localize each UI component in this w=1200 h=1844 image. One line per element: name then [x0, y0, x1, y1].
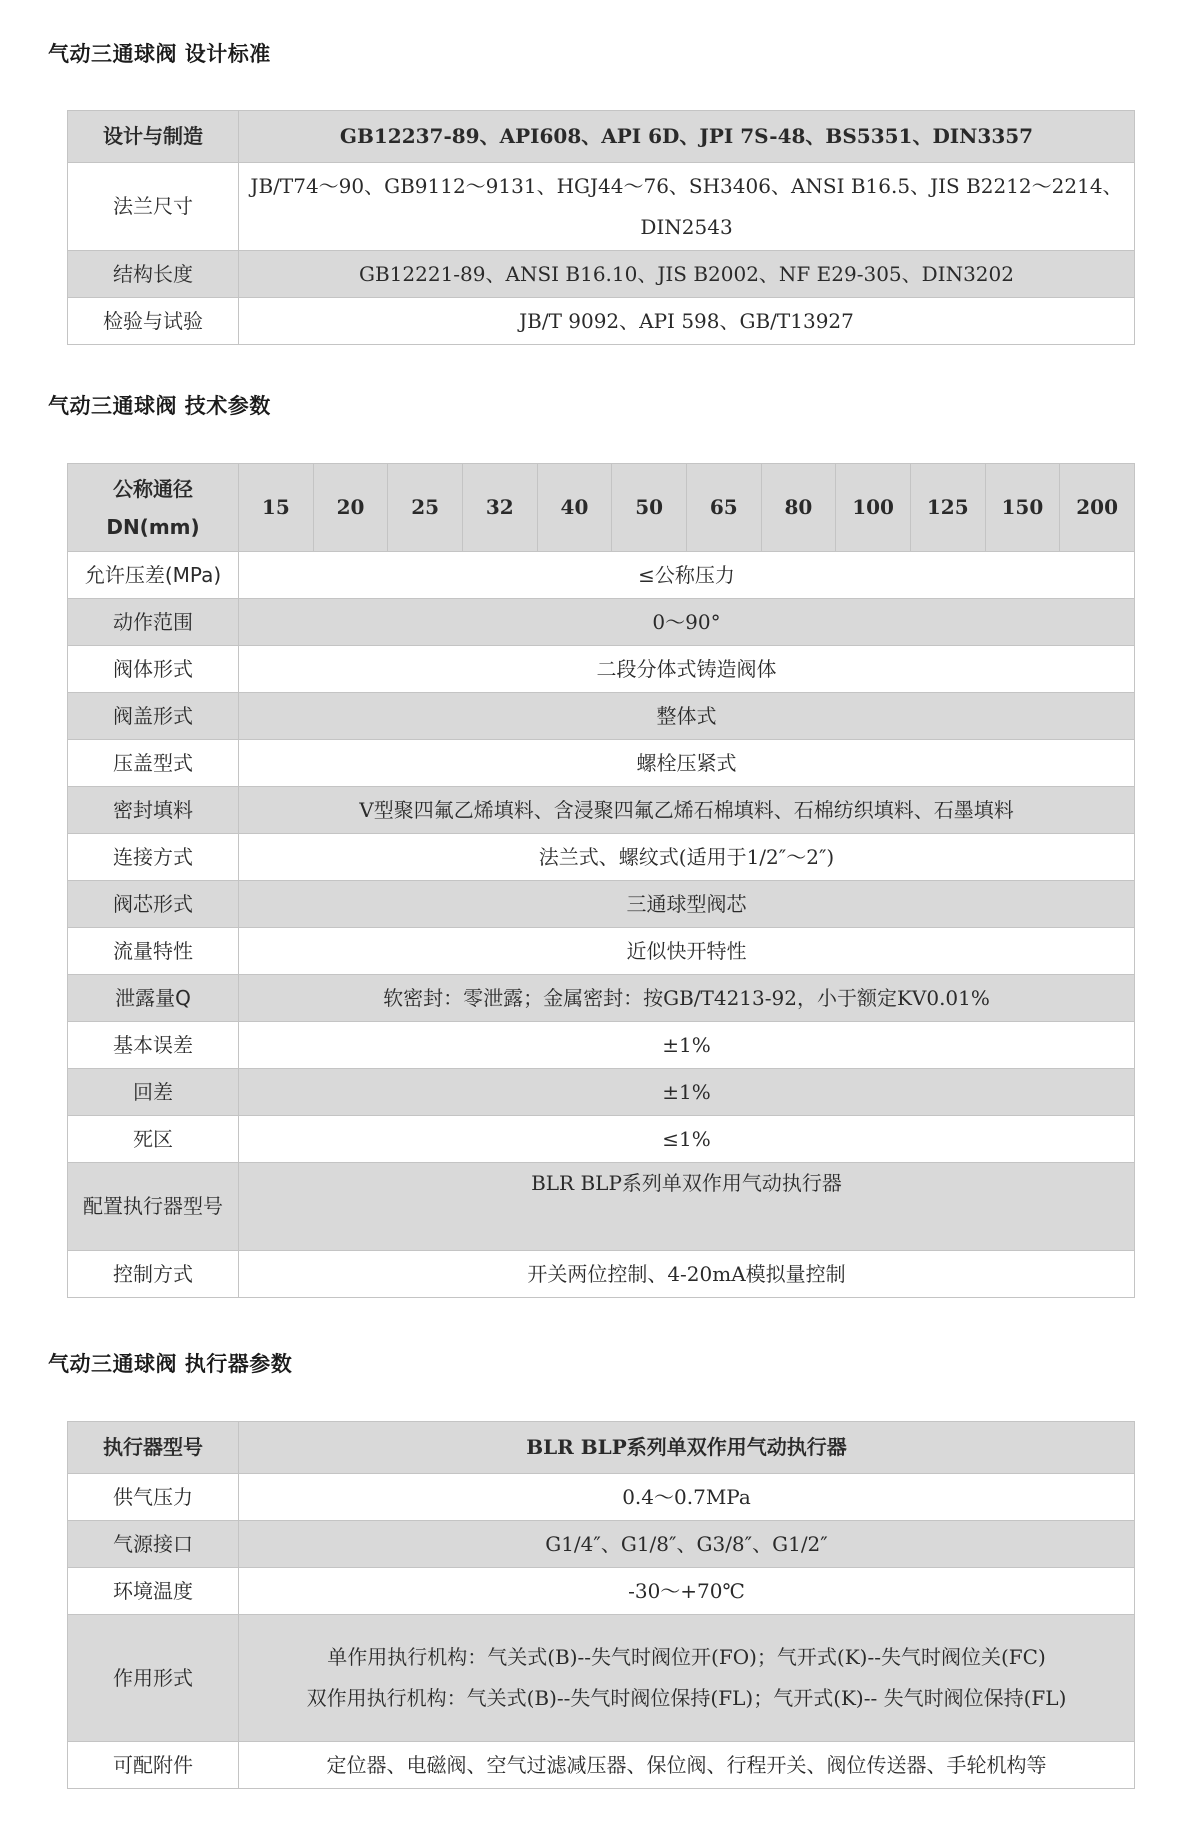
actuator-params-title: 气动三通球阀 执行器参数	[48, 1348, 292, 1378]
row-value: 螺栓压紧式	[239, 740, 1135, 787]
dn-size: 40	[537, 464, 612, 552]
row-value: 软密封：零泄露；金属密封：按GB/T4213-92，小于额定KV0.01%	[239, 975, 1135, 1022]
row-label: 结构长度	[68, 251, 239, 298]
tech-params-title: 气动三通球阀 技术参数	[48, 390, 271, 420]
row-value: 0～90°	[239, 599, 1135, 646]
actuator-params-table: 执行器型号 BLR BLP系列单双作用气动执行器 供气压力 0.4～0.7MPa…	[67, 1421, 1135, 1789]
table-row: 法兰尺寸 JB/T74～90、GB9112～9131、HGJ44～76、SH34…	[68, 163, 1135, 251]
table-row: 气源接口 G1/4″、G1/8″、G3/8″、G1/2″	[68, 1521, 1135, 1568]
row-value: G1/4″、G1/8″、G3/8″、G1/2″	[239, 1521, 1135, 1568]
dn-label-line1: 公称通径	[113, 477, 193, 501]
row-value: GB12237-89、API608、API 6D、JPI 7S-48、BS535…	[239, 111, 1135, 163]
table-row: 密封填料 V型聚四氟乙烯填料、含浸聚四氟乙烯石棉填料、石棉纺织填料、石墨填料	[68, 787, 1135, 834]
row-value: 开关两位控制、4-20mA模拟量控制	[239, 1251, 1135, 1298]
row-label: 回差	[68, 1069, 239, 1116]
table-row: 动作范围 0～90°	[68, 599, 1135, 646]
row-label: 密封填料	[68, 787, 239, 834]
action-form-double: 双作用执行机构：气关式(B)--失气时阀位保持(FL)；气开式(K)-- 失气时…	[307, 1686, 1067, 1710]
design-standards-table: 设计与制造 GB12237-89、API608、API 6D、JPI 7S-48…	[67, 110, 1135, 345]
table-row: 环境温度 -30～+70℃	[68, 1568, 1135, 1615]
row-label: 环境温度	[68, 1568, 239, 1615]
row-label: 法兰尺寸	[68, 163, 239, 251]
dn-size: 50	[612, 464, 687, 552]
action-form-single: 单作用执行机构：气关式(B)--失气时阀位开(FO)；气开式(K)--失气时阀位…	[327, 1645, 1046, 1669]
table-row: 检验与试验 JB/T 9092、API 598、GB/T13927	[68, 298, 1135, 345]
dn-size: 80	[761, 464, 836, 552]
row-label: 阀芯形式	[68, 881, 239, 928]
table-row: 泄露量Q 软密封：零泄露；金属密封：按GB/T4213-92，小于额定KV0.0…	[68, 975, 1135, 1022]
dn-size: 65	[686, 464, 761, 552]
dn-size: 20	[313, 464, 388, 552]
row-value: GB12221-89、ANSI B16.10、JIS B2002、NF E29-…	[239, 251, 1135, 298]
table-row: 作用形式 单作用执行机构：气关式(B)--失气时阀位开(FO)；气开式(K)--…	[68, 1615, 1135, 1742]
table-row: 供气压力 0.4～0.7MPa	[68, 1474, 1135, 1521]
row-label: 泄露量Q	[68, 975, 239, 1022]
tech-params-table: 公称通径 DN(mm) 15 20 25 32 40 50 65 80 100 …	[67, 463, 1135, 1298]
table-row: 压盖型式 螺栓压紧式	[68, 740, 1135, 787]
table-row: 流量特性 近似快开特性	[68, 928, 1135, 975]
row-label: 控制方式	[68, 1251, 239, 1298]
table-row: 死区 ≤1%	[68, 1116, 1135, 1163]
row-value: JB/T 9092、API 598、GB/T13927	[239, 298, 1135, 345]
row-label: 设计与制造	[68, 111, 239, 163]
row-label: 流量特性	[68, 928, 239, 975]
dn-header-row: 公称通径 DN(mm) 15 20 25 32 40 50 65 80 100 …	[68, 464, 1135, 552]
table-row: 阀芯形式 三通球型阀芯	[68, 881, 1135, 928]
row-label: 压盖型式	[68, 740, 239, 787]
row-value: ≤公称压力	[239, 552, 1135, 599]
table-row: 基本误差 ±1%	[68, 1022, 1135, 1069]
row-value: BLR BLP系列单双作用气动执行器	[239, 1422, 1135, 1474]
table-row: 回差 ±1%	[68, 1069, 1135, 1116]
table-row: 执行器型号 BLR BLP系列单双作用气动执行器	[68, 1422, 1135, 1474]
row-label: 气源接口	[68, 1521, 239, 1568]
row-value: 三通球型阀芯	[239, 881, 1135, 928]
row-value: V型聚四氟乙烯填料、含浸聚四氟乙烯石棉填料、石棉纺织填料、石墨填料	[239, 787, 1135, 834]
row-value: ≤1%	[239, 1116, 1135, 1163]
row-label: 供气压力	[68, 1474, 239, 1521]
row-label: 阀体形式	[68, 646, 239, 693]
row-label: 基本误差	[68, 1022, 239, 1069]
table-row: 连接方式 法兰式、螺纹式(适用于1/2″～2″)	[68, 834, 1135, 881]
row-value: ±1%	[239, 1069, 1135, 1116]
row-label: 作用形式	[68, 1615, 239, 1742]
row-value: JB/T74～90、GB9112～9131、HGJ44～76、SH3406、AN…	[239, 163, 1135, 251]
dn-label-line2: DN(mm)	[106, 515, 199, 539]
row-label: 检验与试验	[68, 298, 239, 345]
table-row: 可配附件 定位器、电磁阀、空气过滤减压器、保位阀、行程开关、阀位传送器、手轮机构…	[68, 1742, 1135, 1789]
row-value: 整体式	[239, 693, 1135, 740]
row-label: 死区	[68, 1116, 239, 1163]
dn-size: 32	[462, 464, 537, 552]
table-row: 阀盖形式 整体式	[68, 693, 1135, 740]
row-value: ±1%	[239, 1022, 1135, 1069]
row-label: 执行器型号	[68, 1422, 239, 1474]
row-value: 法兰式、螺纹式(适用于1/2″～2″)	[239, 834, 1135, 881]
row-value: 二段分体式铸造阀体	[239, 646, 1135, 693]
table-row: 配置执行器型号 BLR BLP系列单双作用气动执行器	[68, 1163, 1135, 1251]
table-row: 设计与制造 GB12237-89、API608、API 6D、JPI 7S-48…	[68, 111, 1135, 163]
row-label: 配置执行器型号	[68, 1163, 239, 1251]
dn-size: 100	[836, 464, 911, 552]
row-value: BLR BLP系列单双作用气动执行器	[239, 1163, 1135, 1251]
dn-size: 150	[985, 464, 1060, 552]
row-value: 单作用执行机构：气关式(B)--失气时阀位开(FO)；气开式(K)--失气时阀位…	[239, 1615, 1135, 1742]
row-label: 允许压差(MPa)	[68, 552, 239, 599]
dn-header-label: 公称通径 DN(mm)	[68, 464, 239, 552]
row-label: 可配附件	[68, 1742, 239, 1789]
row-label: 阀盖形式	[68, 693, 239, 740]
table-row: 允许压差(MPa) ≤公称压力	[68, 552, 1135, 599]
table-row: 控制方式 开关两位控制、4-20mA模拟量控制	[68, 1251, 1135, 1298]
row-value: 近似快开特性	[239, 928, 1135, 975]
row-label: 动作范围	[68, 599, 239, 646]
dn-size: 15	[239, 464, 314, 552]
row-value: 0.4～0.7MPa	[239, 1474, 1135, 1521]
table-row: 结构长度 GB12221-89、ANSI B16.10、JIS B2002、NF…	[68, 251, 1135, 298]
dn-size: 200	[1060, 464, 1135, 552]
row-value: -30～+70℃	[239, 1568, 1135, 1615]
dn-size: 25	[388, 464, 463, 552]
design-standards-title: 气动三通球阀 设计标准	[48, 38, 271, 68]
dn-size: 125	[910, 464, 985, 552]
row-value: 定位器、电磁阀、空气过滤减压器、保位阀、行程开关、阀位传送器、手轮机构等	[239, 1742, 1135, 1789]
row-label: 连接方式	[68, 834, 239, 881]
table-row: 阀体形式 二段分体式铸造阀体	[68, 646, 1135, 693]
